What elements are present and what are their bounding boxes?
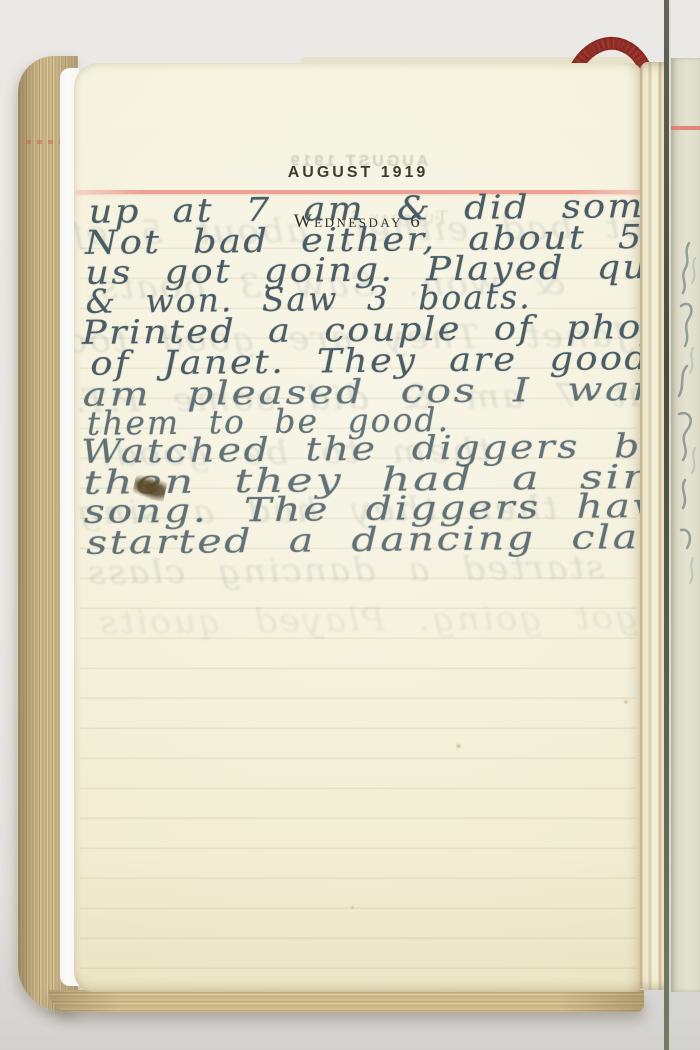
bottom-page-edge-stack bbox=[48, 990, 644, 1012]
handwritten-entry: Not bad either, about 5 of & won. Saw 3 … bbox=[74, 63, 642, 992]
foxing-spot bbox=[350, 905, 355, 910]
bleedthrough-scribble: us got going. Played quoits bbox=[97, 599, 642, 638]
entry-line: started a dancing class bbox=[86, 520, 642, 559]
foxing-spot bbox=[455, 743, 462, 749]
facing-page-sliver bbox=[671, 58, 700, 992]
facing-page-red-rule bbox=[671, 126, 700, 130]
diary-photograph: AUGUST 1919 AUGUST 1919 Tuesday 5 Wednes… bbox=[0, 0, 700, 1050]
facing-page-scribbles bbox=[671, 58, 700, 992]
diary-page: AUGUST 1919 AUGUST 1919 Tuesday 5 Wednes… bbox=[74, 63, 642, 992]
foxing-spot bbox=[623, 699, 629, 705]
